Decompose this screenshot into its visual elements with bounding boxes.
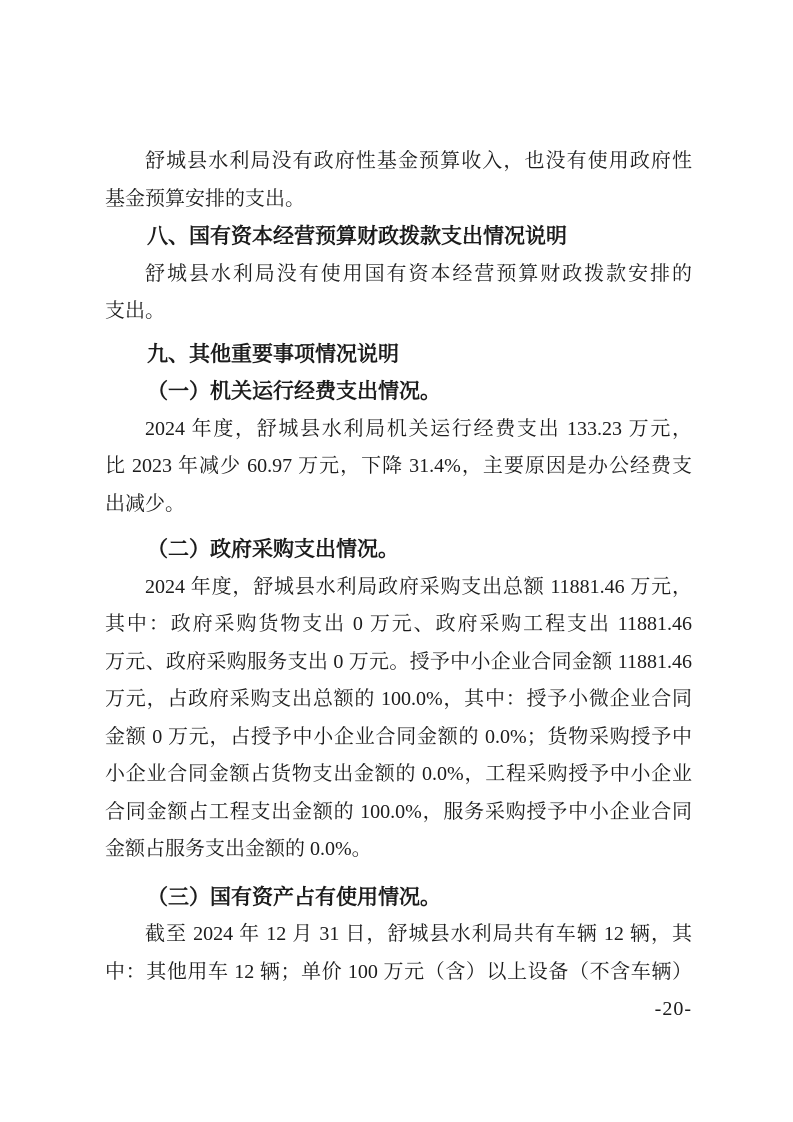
para-state-assets-line-2: 中：其他用车 12 辆；单价 100 万元（含）以上设备（不含车辆） <box>105 954 692 992</box>
para-soe-budget-line-1: 舒城县水利局没有使用国有资本经营预算财政拨款安排的 <box>105 256 692 294</box>
para-state-assets-line-1: 截至 2024 年 12 月 31 日，舒城县水利局共有车辆 12 辆，其 <box>105 916 692 954</box>
para-procurement-line-2: 其中：政府采购货物支出 0 万元、政府采购工程支出 11881.46 <box>105 606 692 644</box>
heading-9-1-operating-expense: （一）机关运行经费支出情况。 <box>105 373 692 411</box>
document-content: 舒城县水利局没有政府性基金预算收入，也没有使用政府性 基金预算安排的支出。 八、… <box>105 143 692 1021</box>
heading-9-2-gov-procurement: （二）政府采购支出情况。 <box>105 531 692 569</box>
para-procurement-line-5: 金额 0 万元，占授予中小企业合同金额的 0.0%；货物采购授予中 <box>105 719 692 757</box>
para-operating-expense-line-2: 比 2023 年减少 60.97 万元，下降 31.4%，主要原因是办公经费支 <box>105 448 692 486</box>
para-procurement-line-3: 万元、政府采购服务支出 0 万元。授予中小企业合同金额 11881.46 <box>105 644 692 682</box>
para-gov-fund-line-1: 舒城县水利局没有政府性基金预算收入，也没有使用政府性 <box>105 143 692 181</box>
para-procurement-line-6: 小企业合同金额占货物支出金额的 0.0%，工程采购授予中小企业 <box>105 756 692 794</box>
para-operating-expense-line-3: 出减少。 <box>105 486 692 524</box>
para-soe-budget-line-2: 支出。 <box>105 293 692 331</box>
document-page: 舒城县水利局没有政府性基金预算收入，也没有使用政府性 基金预算安排的支出。 八、… <box>0 0 793 1122</box>
para-procurement-line-7: 合同金额占工程支出金额的 100.0%，服务采购授予中小企业合同 <box>105 794 692 832</box>
page-number: -20- <box>105 997 692 1021</box>
para-procurement-line-4: 万元，占政府采购支出总额的 100.0%，其中：授予小微企业合同 <box>105 681 692 719</box>
heading-9-3-state-assets: （三）国有资产占有使用情况。 <box>105 879 692 917</box>
heading-section-8-soe-budget: 八、国有资本经营预算财政拨款支出情况说明 <box>105 218 692 256</box>
para-procurement-line-8: 金额占服务支出金额的 0.0%。 <box>105 831 692 869</box>
para-gov-fund-line-2: 基金预算安排的支出。 <box>105 181 692 219</box>
para-operating-expense-line-1: 2024 年度，舒城县水利局机关运行经费支出 133.23 万元， <box>105 411 692 449</box>
para-procurement-line-1: 2024 年度，舒城县水利局政府采购支出总额 11881.46 万元， <box>105 569 692 607</box>
heading-section-9-other-matters: 九、其他重要事项情况说明 <box>105 336 692 374</box>
